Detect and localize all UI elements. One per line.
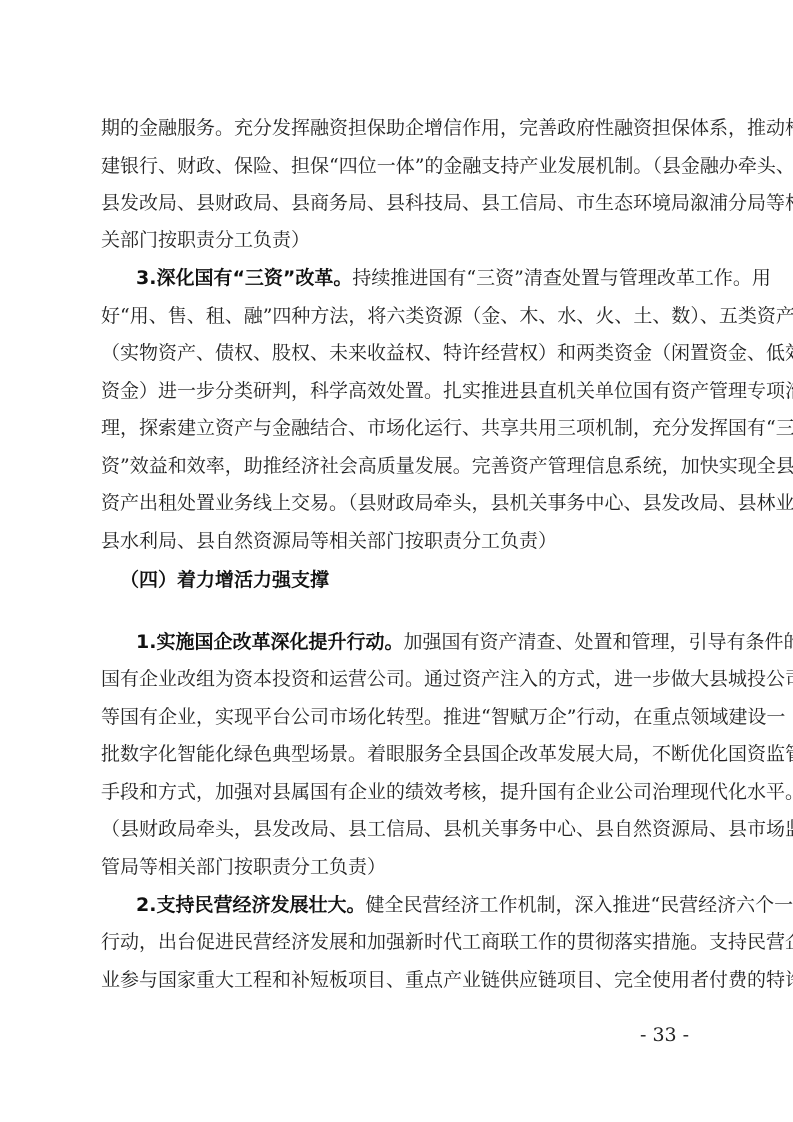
text-line: 期的金融服务。充分发挥融资担保助企增信作用，完善政府性融资担保体系，推动构 (101, 116, 690, 140)
text-line: 好“用、售、租、融”四种方法，将六类资源（金、木、水、火、土、数）、五类资产 (101, 304, 690, 328)
text-line: 等国有企业，实现平台公司市场化转型。推进“智赋万企”行动，在重点领域建设一 (101, 705, 690, 729)
text-line: 行动，出台促进民营经济发展和加强新时代工商联工作的贯彻落实措施。支持民营企 (101, 930, 690, 954)
section-heading: （四）着力增活力强支撑 (120, 568, 329, 592)
text-line: 县发改局、县财政局、县商务局、县科技局、县工信局、市生态环境局溆浦分局等相 (101, 191, 690, 215)
text-line: 资产出租处置业务线上交易。（县财政局牵头，县机关事务中心、县发改局、县林业局、 (101, 491, 690, 515)
paragraph-first-line: 1.实施国企改革深化提升行动。加强国有资产清查、处置和管理，引导有条件的 (136, 630, 690, 654)
text-line: 国有企业改组为资本投资和运营公司。通过资产注入的方式，进一步做大县城投公司 (101, 667, 690, 691)
paragraph-text: 健全民营经济工作机制，深入推进“民营经济六个一” (365, 894, 793, 916)
text-line: （县财政局牵头，县发改局、县工信局、县机关事务中心、县自然资源局、县市场监 (101, 817, 690, 841)
text-line: 关部门按职责分工负责） (101, 228, 690, 252)
text-line: 业参与国家重大工程和补短板项目、重点产业链供应链项目、完全使用者付费的特许 (101, 968, 690, 992)
text-line: 资”效益和效率，助推经济社会高质量发展。完善资产管理信息系统，加快实现全县 (101, 454, 690, 478)
document-page: 期的金融服务。充分发挥融资担保助企增信作用，完善政府性融资担保体系，推动构 建银… (0, 0, 793, 1122)
paragraph-first-line: 3.深化国有“三资”改革。持续推进国有“三资”清查处置与管理改革工作。用 (136, 266, 690, 290)
paragraph-text: 加强国有资产清查、处置和管理，引导有条件的 (403, 631, 793, 653)
page-number: - 33 - (640, 1023, 689, 1047)
text-line: 县水利局、县自然资源局等相关部门按职责分工负责） (101, 529, 690, 553)
text-line: 手段和方式，加强对县属国有企业的绩效考核，提升国有企业公司治理现代化水平。 (101, 780, 690, 804)
text-line: 资金）进一步分类研判，科学高效处置。扎实推进县直机关单位国有资产管理专项治 (101, 379, 690, 403)
text-line: 建银行、财政、保险、担保“四位一体”的金融支持产业发展机制。（县金融办牵头、 (101, 154, 690, 178)
text-line: 批数字化智能化绿色典型场景。着眼服务全县国企改革发展大局，不断优化国资监管 (101, 742, 690, 766)
paragraph-title: 1.实施国企改革深化提升行动。 (136, 631, 403, 653)
text-line: 管局等相关部门按职责分工负责） (101, 855, 690, 879)
paragraph-first-line: 2.支持民营经济发展壮大。健全民营经济工作机制，深入推进“民营经济六个一” (136, 893, 690, 917)
text-line: 理，探索建立资产与金融结合、市场化运行、共享共用三项机制，充分发挥国有“三 (101, 416, 690, 440)
paragraph-title: 2.支持民营经济发展壮大。 (136, 894, 365, 916)
text-line: （实物资产、债权、股权、未来收益权、特许经营权）和两类资金（闲置资金、低效 (101, 341, 690, 365)
paragraph-text: 持续推进国有“三资”清查处置与管理改革工作。用 (352, 267, 770, 289)
paragraph-title: 3.深化国有“三资”改革。 (136, 267, 352, 289)
